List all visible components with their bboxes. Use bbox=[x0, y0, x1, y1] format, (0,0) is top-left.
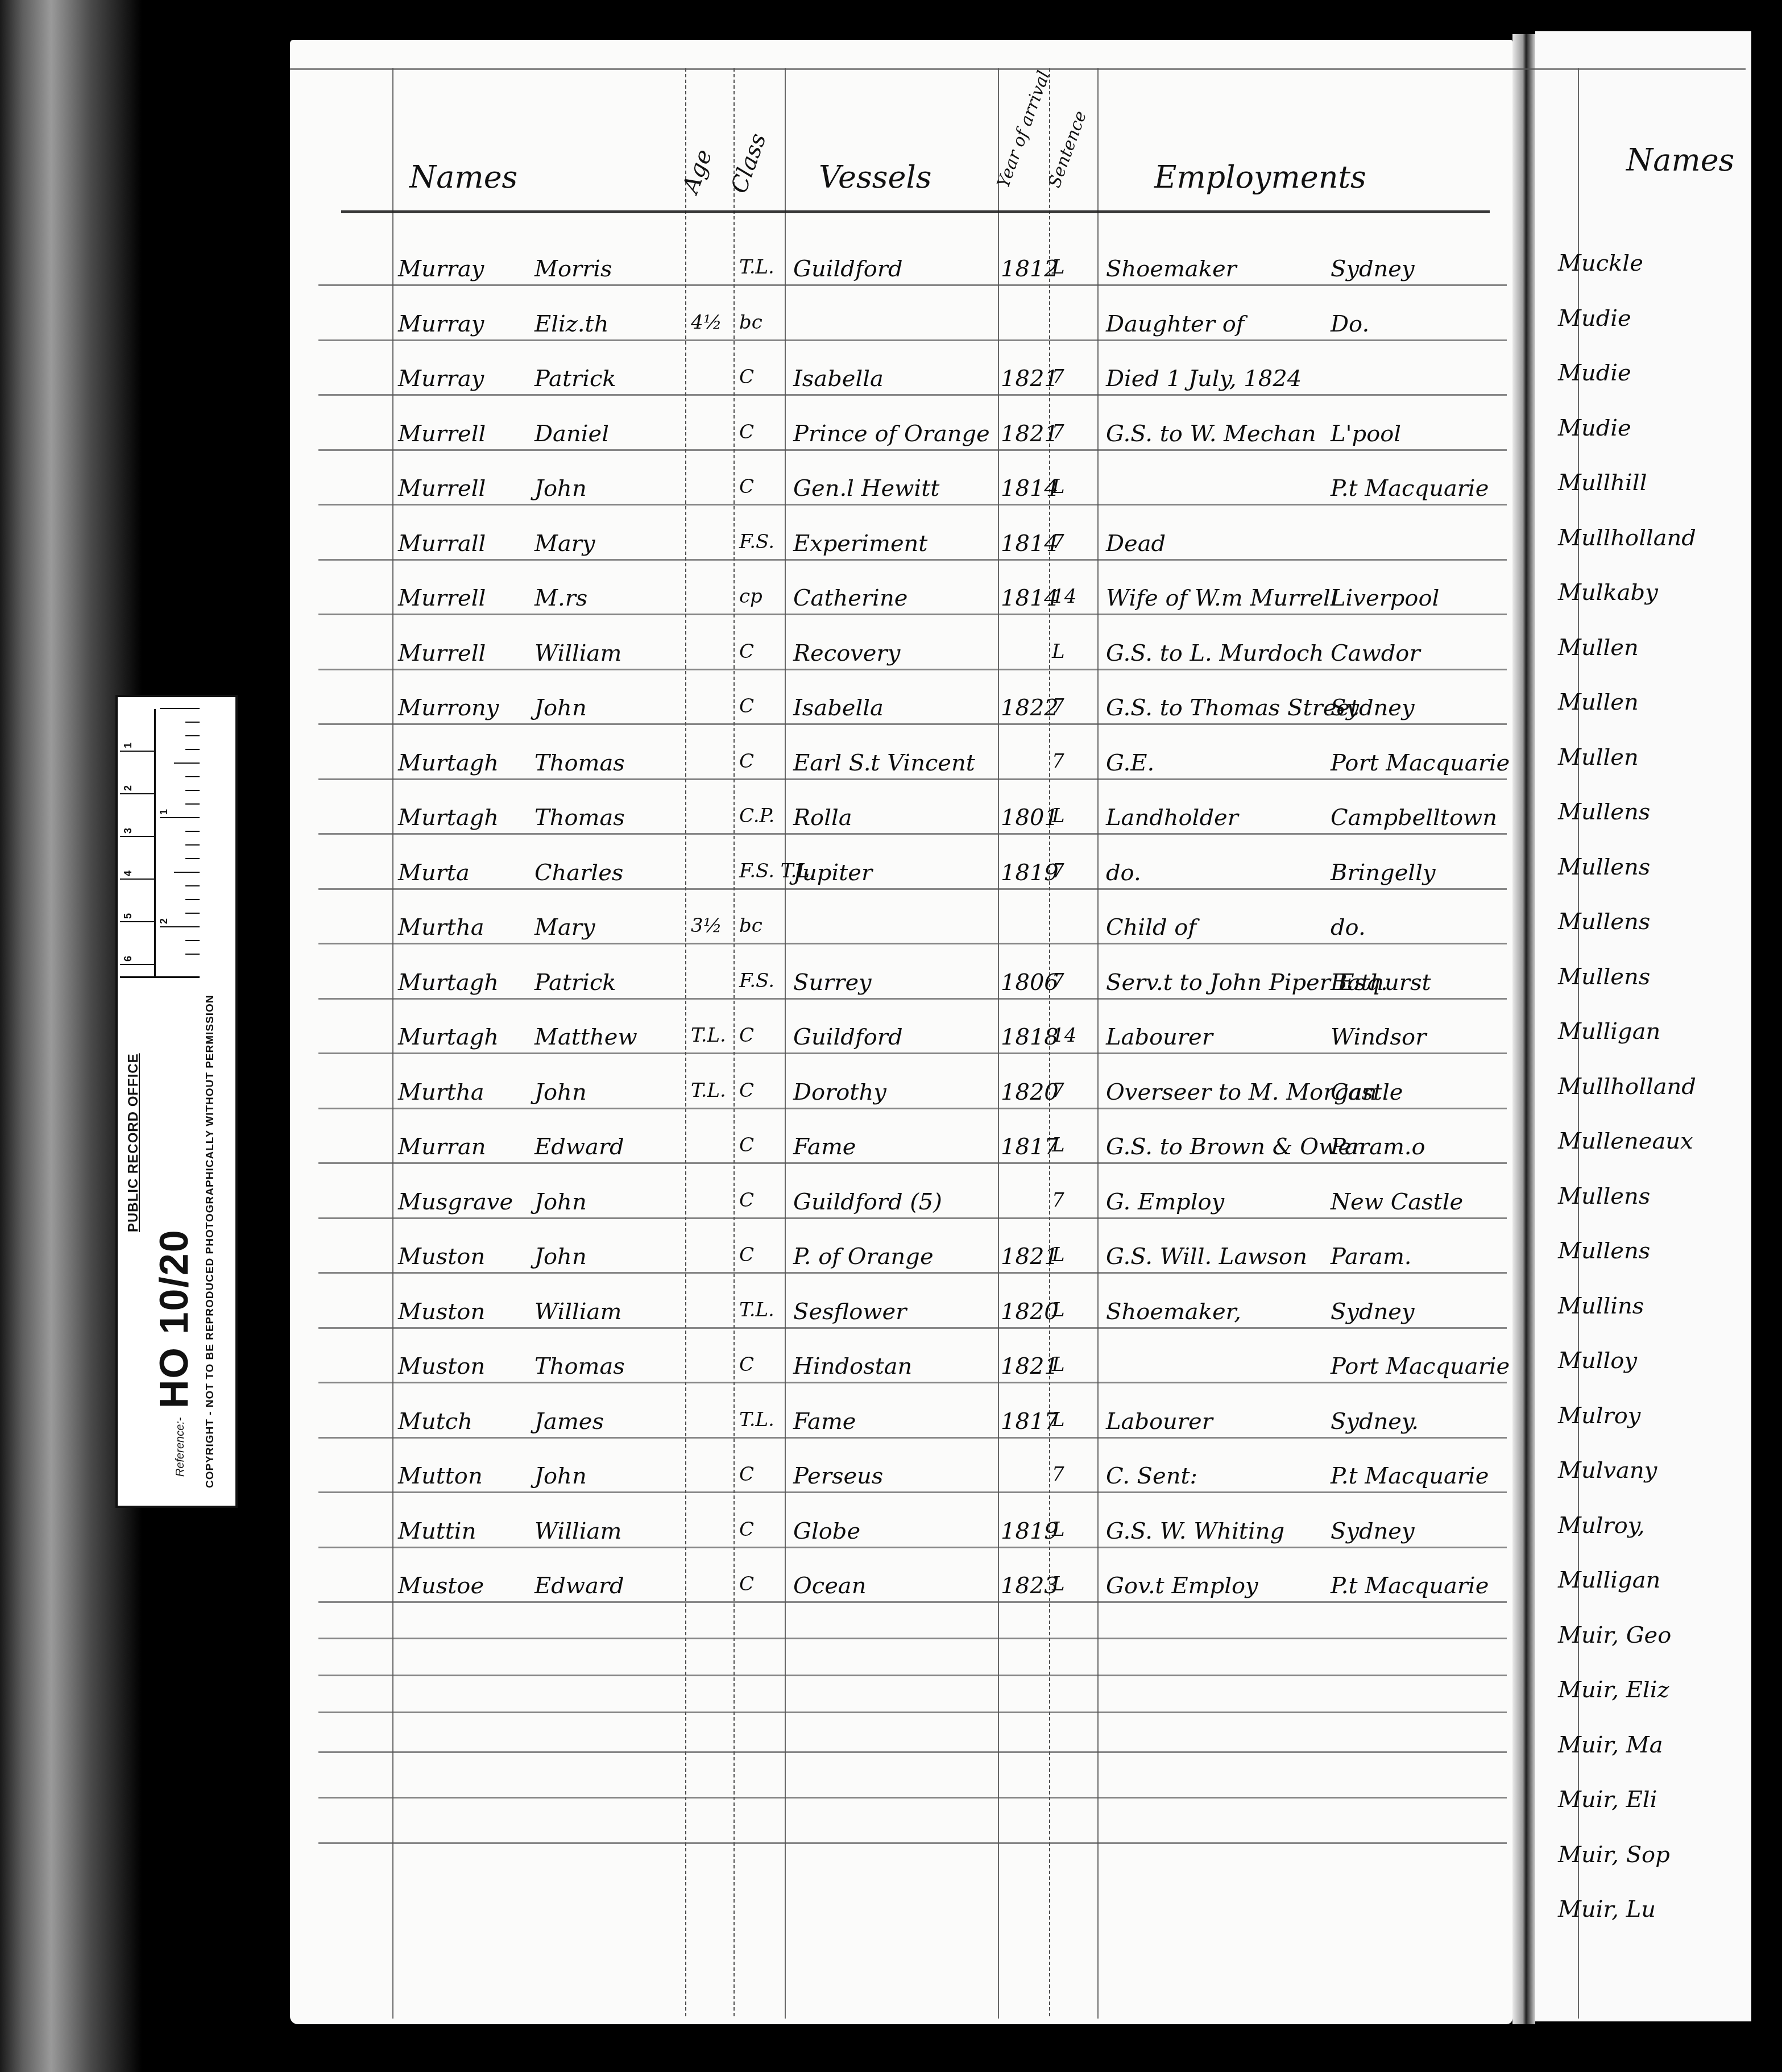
facing-page-name: Muir, Sop bbox=[1558, 1842, 1670, 1868]
cell-forename: John bbox=[534, 695, 587, 721]
cell-surname: Muttin bbox=[398, 1518, 476, 1544]
cell-class: F.S. bbox=[739, 531, 774, 553]
row-rule bbox=[318, 1547, 1507, 1548]
cell-vessel: Earl S.t Vincent bbox=[793, 750, 975, 776]
cell-year: 1818 bbox=[1001, 1024, 1059, 1050]
cell-employment: G.S. to Brown & Owen bbox=[1106, 1134, 1366, 1160]
top-rule bbox=[290, 68, 1746, 70]
cell-surname: Murrony bbox=[398, 695, 499, 721]
cell-vessel: Isabella bbox=[793, 695, 884, 721]
cell-surname: Murray bbox=[398, 366, 484, 392]
cell-employment: Landholder bbox=[1106, 805, 1238, 831]
cell-employment: G.S. Will. Lawson bbox=[1106, 1244, 1307, 1270]
cell-forename: John bbox=[534, 475, 587, 502]
cell-employment: C. Sent: bbox=[1106, 1463, 1197, 1489]
cell-forename: John bbox=[534, 1079, 587, 1105]
facing-page-name: Mullen bbox=[1558, 689, 1639, 715]
cell-place: Sydney. bbox=[1331, 1408, 1419, 1435]
header-rule bbox=[341, 210, 1490, 213]
scale-tick bbox=[185, 831, 200, 832]
cell-forename: William bbox=[534, 1518, 621, 1544]
cell-vessel: Guildford bbox=[793, 1024, 903, 1050]
cell-surname: Murray bbox=[398, 256, 484, 282]
scale-label: 1 bbox=[122, 743, 134, 748]
cell-place: Windsor bbox=[1331, 1024, 1426, 1050]
cell-year: 1821 bbox=[1001, 1244, 1059, 1270]
cell-forename: Thomas bbox=[534, 805, 625, 831]
cell-year: 1822 bbox=[1001, 695, 1059, 721]
facing-page-name: Mullhill bbox=[1558, 470, 1647, 496]
cell-surname: Mutch bbox=[398, 1408, 473, 1435]
cell-vessel: Rolla bbox=[793, 805, 852, 831]
cell-employment: Labourer bbox=[1106, 1024, 1213, 1050]
cell-forename: Edward bbox=[534, 1573, 624, 1599]
cell-place: Liverpool bbox=[1331, 585, 1439, 611]
cell-sentence: L bbox=[1052, 1408, 1065, 1431]
cell-class: C bbox=[739, 1244, 754, 1266]
scale-tick bbox=[185, 735, 200, 736]
row-rule bbox=[318, 1052, 1507, 1054]
cell-surname: Murtagh bbox=[398, 969, 499, 996]
cell-vessel: Sesflower bbox=[793, 1299, 906, 1325]
cell-sentence: L bbox=[1052, 805, 1065, 827]
cell-sentence: 7 bbox=[1052, 531, 1064, 553]
cell-place: Cawdor bbox=[1331, 640, 1420, 666]
cell-sentence: L bbox=[1052, 640, 1065, 663]
facing-page-name: Mullen bbox=[1558, 744, 1639, 770]
cell-employment: Died 1 July, 1824 bbox=[1106, 366, 1302, 392]
cell-place: L'pool bbox=[1331, 421, 1401, 447]
inch-scale: 12 bbox=[156, 709, 200, 976]
scale-tick bbox=[120, 921, 154, 922]
facing-page-name: Muir, Ma bbox=[1558, 1732, 1663, 1758]
cell-place: Port Macquarie bbox=[1331, 1353, 1510, 1379]
cell-forename: Mary bbox=[534, 531, 595, 557]
cell-surname: Muston bbox=[398, 1353, 485, 1379]
cell-year: 1814 bbox=[1001, 585, 1059, 611]
cell-forename: William bbox=[534, 640, 621, 666]
cell-class: C bbox=[739, 366, 754, 388]
cell-vessel: Perseus bbox=[793, 1463, 883, 1489]
scale-tick bbox=[174, 872, 200, 873]
scale-tick bbox=[174, 763, 200, 764]
cell-surname: Murtagh bbox=[398, 750, 499, 776]
row-rule bbox=[318, 723, 1507, 725]
cell-year: 1821 bbox=[1001, 366, 1059, 392]
facing-page-header: Names bbox=[1626, 142, 1734, 178]
facing-page-name: Mudie bbox=[1558, 360, 1631, 386]
facing-page-name: Muir, Eli bbox=[1558, 1787, 1657, 1813]
cell-year: 1823 bbox=[1001, 1573, 1059, 1599]
empty-row-rule bbox=[318, 1638, 1507, 1639]
cell-surname: Musgrave bbox=[398, 1189, 513, 1215]
cell-employment: G.E. bbox=[1106, 750, 1154, 776]
row-rule bbox=[318, 943, 1507, 944]
row-rule bbox=[318, 559, 1507, 561]
cell-sentence: L bbox=[1052, 1299, 1065, 1321]
cell-place: Sydney bbox=[1331, 256, 1415, 282]
scale-tick bbox=[185, 913, 200, 914]
cell-class: bc bbox=[739, 311, 762, 334]
cell-forename: Matthew bbox=[534, 1024, 637, 1050]
scale-label: 3 bbox=[122, 828, 134, 834]
cell-vessel: Guildford (5) bbox=[793, 1189, 942, 1215]
cell-sentence: L bbox=[1052, 1244, 1065, 1266]
cell-surname: Murrell bbox=[398, 640, 486, 666]
row-rule bbox=[318, 284, 1507, 286]
cell-forename: John bbox=[534, 1244, 587, 1270]
cell-sentence: 14 bbox=[1052, 585, 1076, 608]
row-rule bbox=[318, 1601, 1507, 1603]
cell-forename: William bbox=[534, 1299, 621, 1325]
cell-forename: Patrick bbox=[534, 366, 616, 392]
cell-vessel: Globe bbox=[793, 1518, 860, 1544]
centimetre-scale: 123456 bbox=[120, 709, 156, 976]
column-rule bbox=[998, 68, 999, 2019]
cell-employment: Shoemaker, bbox=[1106, 1299, 1241, 1325]
cell-employment: Daughter of bbox=[1106, 311, 1245, 337]
cell-surname: Murray bbox=[398, 311, 484, 337]
row-rule bbox=[318, 1272, 1507, 1274]
facing-page-name: Mullins bbox=[1558, 1293, 1644, 1319]
cell-place: New Castle bbox=[1331, 1189, 1463, 1215]
cell-class: C.P. bbox=[739, 805, 774, 827]
cell-surname: Mustoe bbox=[398, 1573, 484, 1599]
facing-page-name: Mullens bbox=[1558, 909, 1650, 935]
header-names: Names bbox=[409, 159, 517, 195]
row-rule bbox=[318, 1327, 1507, 1329]
row-rule bbox=[318, 888, 1507, 890]
facing-page-name: Muir, Lu bbox=[1558, 1896, 1656, 1922]
row-rule bbox=[318, 833, 1507, 835]
cell-vessel: Isabella bbox=[793, 366, 884, 392]
cell-place: Bathurst bbox=[1331, 969, 1431, 996]
cell-sentence: 7 bbox=[1052, 1189, 1064, 1212]
cell-place: Sydney bbox=[1331, 1518, 1415, 1544]
facing-page-name: Mudie bbox=[1558, 305, 1631, 331]
scale-tick bbox=[120, 878, 154, 880]
row-rule bbox=[318, 504, 1507, 505]
cell-sentence: 7 bbox=[1052, 969, 1064, 992]
facing-page-name: Mullens bbox=[1558, 799, 1650, 825]
cell-year: 1820 bbox=[1001, 1299, 1059, 1325]
facing-page-name: Mulligan bbox=[1558, 1567, 1660, 1593]
row-rule bbox=[318, 339, 1507, 341]
cell-employment: G.S. W. Whiting bbox=[1106, 1518, 1284, 1544]
facing-page-name: Muir, Geo bbox=[1558, 1622, 1671, 1648]
cell-class: C bbox=[739, 1463, 754, 1486]
cell-surname: Murrell bbox=[398, 585, 486, 611]
cell-vessel: Catherine bbox=[793, 585, 907, 611]
cell-class: C bbox=[739, 1189, 754, 1212]
cell-year: 1814 bbox=[1001, 531, 1059, 557]
cell-employment: Gov.t Employ bbox=[1106, 1573, 1258, 1599]
cell-surname: Murtha bbox=[398, 1079, 484, 1105]
cell-employment: G.S. to Thomas Street bbox=[1106, 695, 1359, 721]
cell-surname: Murtha bbox=[398, 914, 484, 940]
cell-place: Campbelltown bbox=[1331, 805, 1497, 831]
cell-year: 1806 bbox=[1001, 969, 1059, 996]
page-gutter bbox=[1512, 34, 1535, 2024]
cell-class: C bbox=[739, 1079, 754, 1102]
column-rule bbox=[1097, 68, 1099, 2019]
scale-tick bbox=[185, 940, 200, 941]
scale-tick bbox=[120, 793, 154, 794]
facing-page-name: Mulkaby bbox=[1558, 579, 1658, 606]
cell-vessel: Prince of Orange bbox=[793, 421, 990, 447]
facing-page-name: Mudie bbox=[1558, 415, 1631, 441]
cell-class: C bbox=[739, 1024, 754, 1047]
scale-tick bbox=[185, 844, 200, 846]
facing-page-name: Mullholland bbox=[1558, 525, 1696, 551]
scale-tick bbox=[160, 817, 200, 818]
cell-age: 3½ bbox=[691, 914, 722, 937]
cell-forename: James bbox=[534, 1408, 604, 1435]
cell-vessel: Experiment bbox=[793, 531, 927, 557]
row-rule bbox=[318, 1491, 1507, 1493]
cell-place: Do. bbox=[1331, 311, 1369, 337]
cell-forename: Daniel bbox=[534, 421, 609, 447]
cell-surname: Murran bbox=[398, 1134, 486, 1160]
facing-page-name: Muir, Eliz bbox=[1558, 1677, 1669, 1703]
cell-class: C bbox=[739, 750, 754, 773]
facing-page-name: Mulroy bbox=[1558, 1403, 1640, 1429]
scale-label: 6 bbox=[122, 956, 134, 962]
scale-tick bbox=[185, 790, 200, 791]
cell-forename: M.rs bbox=[534, 585, 587, 611]
scale-tick bbox=[185, 776, 200, 777]
cell-year: 1817 bbox=[1001, 1134, 1059, 1160]
facing-page-name: Mullholland bbox=[1558, 1074, 1696, 1100]
cell-sentence: 7 bbox=[1052, 695, 1064, 718]
scale-tick bbox=[185, 803, 200, 805]
scale-tick bbox=[160, 708, 200, 709]
cell-employment: G. Employ bbox=[1106, 1189, 1224, 1215]
cell-sentence: L bbox=[1052, 1573, 1065, 1596]
row-rule bbox=[318, 1437, 1507, 1439]
cell-employment: G.S. to L. Murdoch bbox=[1106, 640, 1324, 666]
cell-employment: Labourer bbox=[1106, 1408, 1213, 1435]
cell-vessel: Dorothy bbox=[793, 1079, 886, 1105]
scale-tick bbox=[185, 722, 200, 723]
cell-forename: Edward bbox=[534, 1134, 624, 1160]
cell-place: Param.o bbox=[1331, 1134, 1425, 1160]
cell-sentence: L bbox=[1052, 1518, 1065, 1541]
cell-year: 1821 bbox=[1001, 421, 1059, 447]
cell-surname: Murrell bbox=[398, 475, 486, 502]
row-rule bbox=[318, 998, 1507, 1000]
scale-tick bbox=[120, 751, 154, 752]
cell-vessel: Hindostan bbox=[793, 1353, 912, 1379]
reference-code: HO 10/20 bbox=[151, 1229, 197, 1408]
cell-sentence: 7 bbox=[1052, 860, 1064, 882]
cell-class: F.S. bbox=[739, 969, 774, 992]
cell-employment: Shoemaker bbox=[1106, 256, 1237, 282]
cell-year: 1812 bbox=[1001, 256, 1059, 282]
cell-place: Castle bbox=[1331, 1079, 1403, 1105]
cell-place: P.t Macquarie bbox=[1331, 1573, 1489, 1599]
cell-sentence: L bbox=[1052, 1134, 1065, 1157]
cell-sentence: L bbox=[1052, 475, 1065, 498]
cell-age: 4½ bbox=[691, 311, 722, 334]
scale-label: 1 bbox=[158, 809, 170, 815]
header-employments: Employments bbox=[1154, 159, 1366, 195]
cell-employment: G.S. to W. Mechan bbox=[1106, 421, 1316, 447]
facing-page-name: Mullens bbox=[1558, 1183, 1650, 1209]
reference-prefix: Reference:- bbox=[174, 1418, 187, 1477]
facing-page-name: Mulroy, bbox=[1558, 1512, 1645, 1539]
facing-page-name: Mullens bbox=[1558, 1238, 1650, 1264]
cell-forename: John bbox=[534, 1189, 587, 1215]
cell-class: C bbox=[739, 640, 754, 663]
cell-class: bc bbox=[739, 914, 762, 937]
cell-year: 1821 bbox=[1001, 1353, 1059, 1379]
copyright-notice: COPYRIGHT - NOT TO BE REPRODUCED PHOTOGR… bbox=[204, 995, 217, 1488]
reference-label: PUBLIC RECORD OFFICE Reference:- HO 10/2… bbox=[115, 695, 238, 1508]
cell-vessel: Surrey bbox=[793, 969, 872, 996]
row-rule bbox=[318, 1162, 1507, 1164]
column-rule bbox=[392, 68, 393, 2019]
row-rule bbox=[318, 778, 1507, 780]
cell-surname: Muston bbox=[398, 1244, 485, 1270]
row-rule bbox=[318, 669, 1507, 670]
cell-surname: Murta bbox=[398, 860, 470, 886]
cell-sentence: L bbox=[1052, 256, 1065, 279]
cell-forename: Patrick bbox=[534, 969, 616, 996]
row-rule bbox=[318, 614, 1507, 615]
cell-forename: Mary bbox=[534, 914, 595, 940]
cell-place: Sydney bbox=[1331, 1299, 1415, 1325]
cell-surname: Mutton bbox=[398, 1463, 483, 1489]
scale-label: 2 bbox=[122, 785, 134, 791]
empty-row-rule bbox=[318, 1842, 1507, 1844]
cell-sentence: 7 bbox=[1052, 366, 1064, 388]
empty-row-rule bbox=[318, 1751, 1507, 1753]
cell-surname: Murrell bbox=[398, 421, 486, 447]
cell-employment: Dead bbox=[1106, 531, 1166, 557]
empty-row-rule bbox=[318, 1797, 1507, 1799]
cell-forename: John bbox=[534, 1463, 587, 1489]
measurement-scale: 123456 12 bbox=[120, 709, 200, 978]
facing-page-name: Mullen bbox=[1558, 635, 1639, 661]
cell-class: C bbox=[739, 1518, 754, 1541]
row-rule bbox=[318, 1108, 1507, 1109]
cell-employment: do. bbox=[1106, 860, 1141, 886]
cell-place: Param. bbox=[1331, 1244, 1412, 1270]
cell-class: C bbox=[739, 1134, 754, 1157]
cell-sentence: 7 bbox=[1052, 421, 1064, 444]
facing-page-name: Mulloy bbox=[1558, 1348, 1637, 1374]
scale-label: 5 bbox=[122, 913, 134, 919]
cell-class: T.L. bbox=[739, 1408, 774, 1431]
column-rule bbox=[733, 68, 735, 2019]
column-rule bbox=[785, 68, 786, 2019]
cell-place: P.t Macquarie bbox=[1331, 475, 1489, 502]
scale-tick bbox=[185, 749, 200, 750]
cell-age: T.L. bbox=[691, 1079, 726, 1102]
cell-vessel: Fame bbox=[793, 1408, 856, 1435]
empty-row-rule bbox=[318, 1675, 1507, 1676]
scale-tick bbox=[185, 899, 200, 900]
cell-place: Bringelly bbox=[1331, 860, 1436, 886]
cell-surname: Murtagh bbox=[398, 1024, 499, 1050]
cell-vessel: Gen.l Hewitt bbox=[793, 475, 939, 502]
cell-sentence: 14 bbox=[1052, 1024, 1076, 1047]
facing-page-name: Mulligan bbox=[1558, 1018, 1660, 1045]
record-office-name: PUBLIC RECORD OFFICE bbox=[126, 1053, 142, 1232]
cell-vessel: P. of Orange bbox=[793, 1244, 934, 1270]
scale-tick bbox=[185, 858, 200, 859]
cell-place: Port Macquarie bbox=[1331, 750, 1510, 776]
facing-page-name: Mullens bbox=[1558, 854, 1650, 880]
cell-forename: Thomas bbox=[534, 750, 625, 776]
cell-class: C bbox=[739, 1353, 754, 1376]
cell-year: 1819 bbox=[1001, 1518, 1059, 1544]
row-rule bbox=[318, 394, 1507, 396]
scale-tick bbox=[185, 885, 200, 886]
scale-label: 4 bbox=[122, 871, 134, 876]
empty-row-rule bbox=[318, 1712, 1507, 1713]
facing-page-name: Muckle bbox=[1558, 250, 1643, 276]
cell-class: C bbox=[739, 1573, 754, 1596]
facing-page-name: Mulvany bbox=[1558, 1457, 1657, 1483]
cell-vessel: Ocean bbox=[793, 1573, 866, 1599]
facing-page-name: Mulleneaux bbox=[1558, 1128, 1693, 1154]
cell-forename: Charles bbox=[534, 860, 623, 886]
cell-forename: Eliz.th bbox=[534, 311, 608, 337]
cell-class: T.L. bbox=[739, 1299, 774, 1321]
column-rule bbox=[685, 68, 686, 2019]
header-vessels: Vessels bbox=[819, 159, 931, 195]
cell-vessel: Jupiter bbox=[793, 860, 872, 886]
cell-vessel: Fame bbox=[793, 1134, 856, 1160]
cell-class: C bbox=[739, 475, 754, 498]
cell-age: T.L. bbox=[691, 1024, 726, 1047]
cell-class: T.L. bbox=[739, 256, 774, 279]
cell-sentence: 7 bbox=[1052, 1463, 1064, 1486]
cell-sentence: L bbox=[1052, 1353, 1065, 1376]
scale-tick bbox=[120, 836, 154, 837]
scale-label: 2 bbox=[158, 918, 170, 924]
scale-tick bbox=[185, 954, 200, 955]
cell-employment: Wife of W.m Murrell bbox=[1106, 585, 1338, 611]
cell-employment: Child of bbox=[1106, 914, 1196, 940]
cell-class: C bbox=[739, 421, 754, 444]
cell-year: 1801 bbox=[1001, 805, 1059, 831]
cell-surname: Murrall bbox=[398, 531, 486, 557]
scale-tick bbox=[160, 926, 200, 927]
cell-year: 1820 bbox=[1001, 1079, 1059, 1105]
cell-forename: Morris bbox=[534, 256, 612, 282]
cell-year: 1814 bbox=[1001, 475, 1059, 502]
cell-vessel: Guildford bbox=[793, 256, 903, 282]
scale-tick bbox=[120, 964, 154, 965]
row-rule bbox=[318, 1382, 1507, 1383]
cell-class: C bbox=[739, 695, 754, 718]
cell-surname: Muston bbox=[398, 1299, 485, 1325]
cell-year: 1819 bbox=[1001, 860, 1059, 886]
row-rule bbox=[318, 1217, 1507, 1219]
cell-place: P.t Macquarie bbox=[1331, 1463, 1489, 1489]
row-rule bbox=[318, 449, 1507, 451]
cell-surname: Murtagh bbox=[398, 805, 499, 831]
cell-vessel: Recovery bbox=[793, 640, 900, 666]
cell-class: cp bbox=[739, 585, 762, 608]
cell-forename: Thomas bbox=[534, 1353, 625, 1379]
cell-place: do. bbox=[1331, 914, 1366, 940]
cell-year: 1817 bbox=[1001, 1408, 1059, 1435]
cell-sentence: 7 bbox=[1052, 750, 1064, 773]
